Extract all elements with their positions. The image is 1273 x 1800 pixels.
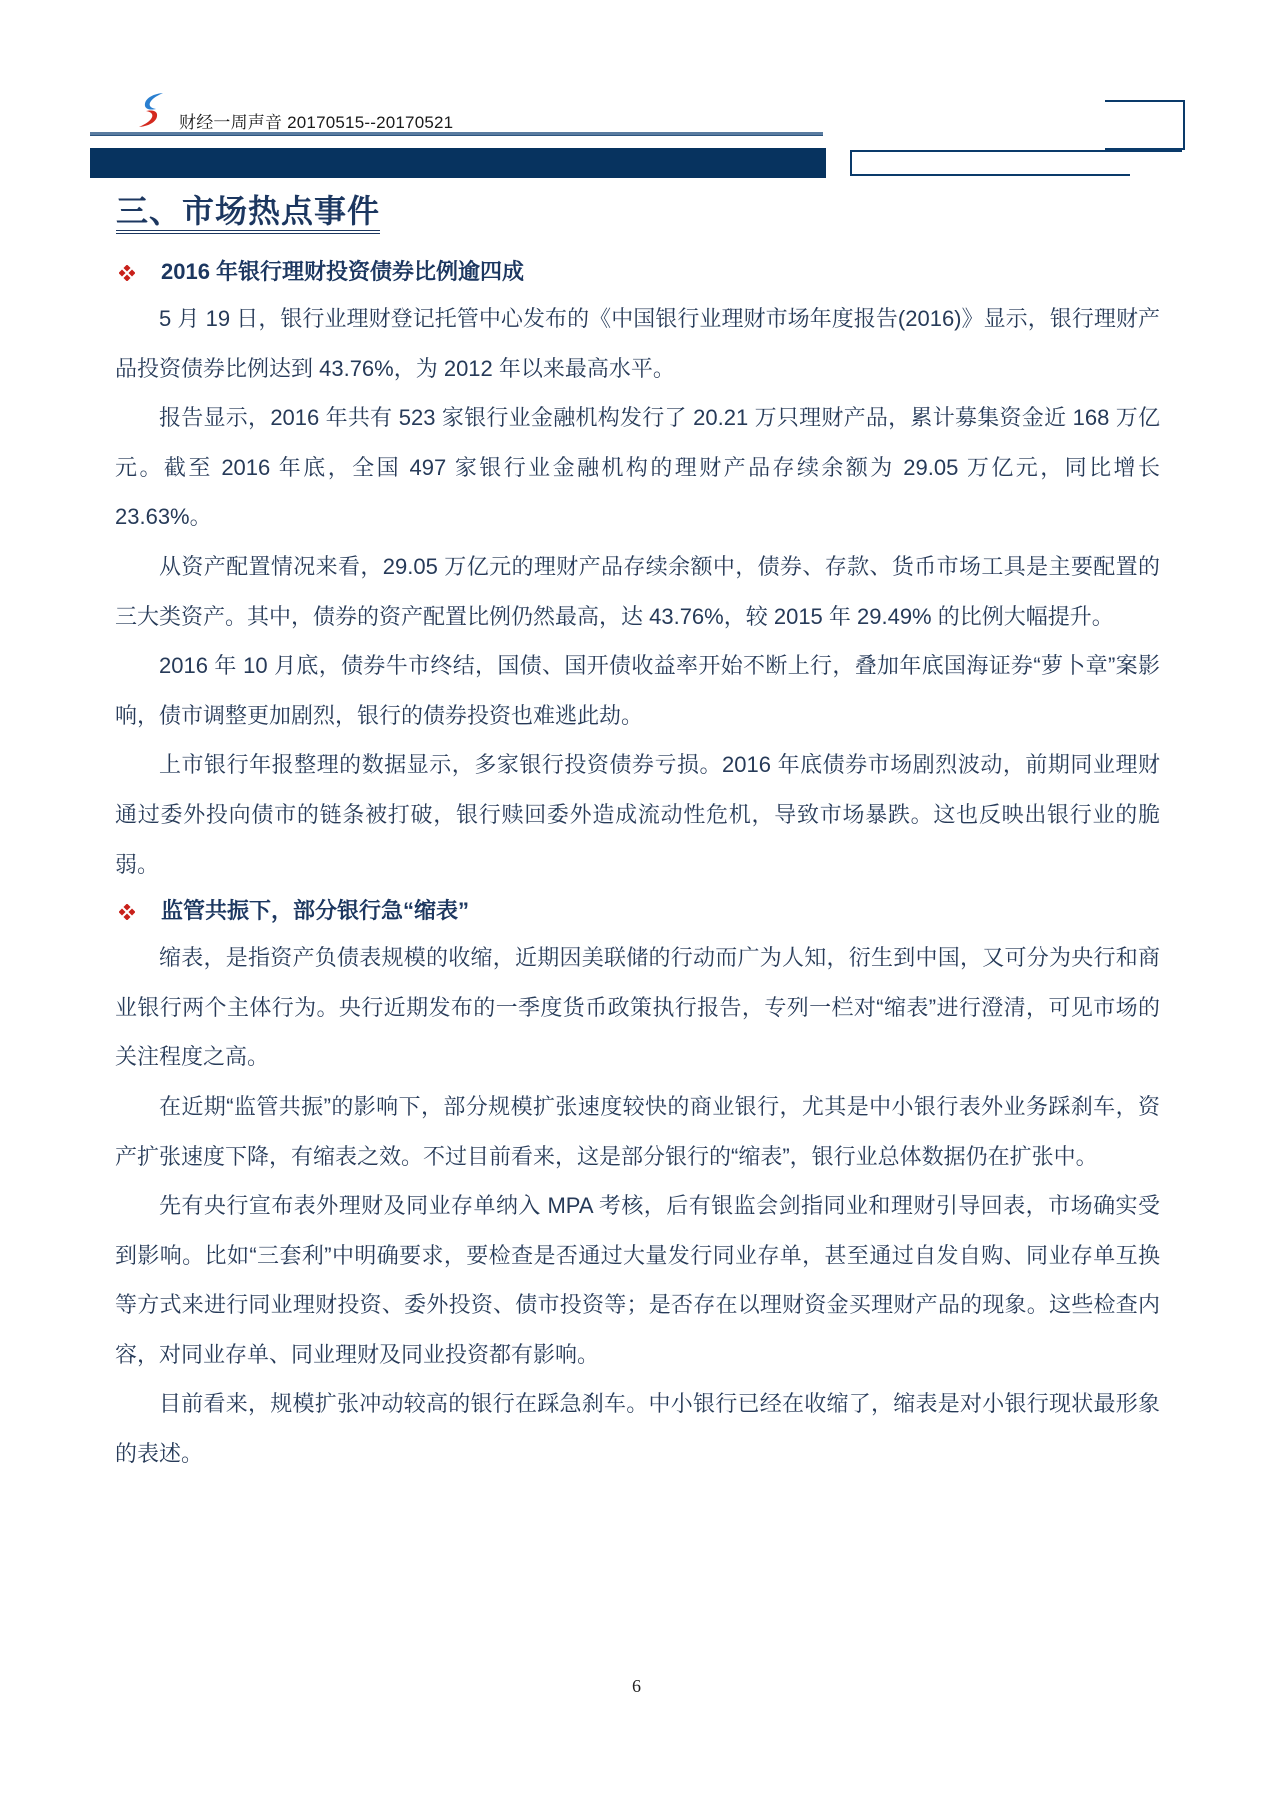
page-number: 6: [0, 1676, 1273, 1697]
paragraph: 2016 年 10 月底，债券牛市终结，国债、国开债收益率开始不断上行，叠加年底…: [115, 641, 1160, 740]
header-frame-decoration: [1105, 100, 1185, 150]
article-heading-2: 监管共振下，部分银行急“缩表”: [115, 889, 1160, 933]
paragraph: 从资产配置情况来看，29.05 万亿元的理财产品存续余额中，债券、存款、货币市场…: [115, 542, 1160, 641]
paragraph: 目前看来，规模扩张冲动较高的银行在踩急刹车。中小银行已经在收缩了，缩表是对小银行…: [115, 1379, 1160, 1478]
s-swirl-logo-icon: [136, 92, 166, 128]
header-frame-decoration-lower: [850, 150, 1182, 176]
paragraph: 5 月 19 日，银行业理财登记托管中心发布的《中国银行业理财市场年度报告(20…: [115, 294, 1160, 393]
header-title: 财经一周声音 20170515--20170521: [179, 108, 453, 133]
article-heading-1: 2016 年银行理财投资债券比例逾四成: [115, 250, 1160, 294]
paragraph: 在近期“监管共振”的影响下，部分规模扩张速度较快的商业银行，尤其是中小银行表外业…: [115, 1082, 1160, 1181]
article-heading-text: 2016 年银行理财投资债券比例逾四成: [161, 259, 524, 284]
paragraph: 上市银行年报整理的数据显示，多家银行投资债券亏损。2016 年底债券市场剧烈波动…: [115, 740, 1160, 889]
article-content: 2016 年银行理财投资债券比例逾四成 5 月 19 日，银行业理财登记托管中心…: [115, 250, 1160, 1479]
red-diamond-bullet-icon: [119, 265, 135, 281]
page-header: 财经一周声音 20170515--20170521: [0, 0, 1273, 190]
section-title: 三、市场热点事件: [116, 193, 380, 234]
article-heading-text: 监管共振下，部分银行急“缩表”: [161, 898, 469, 923]
section-title-text: 三、市场热点事件: [116, 193, 380, 234]
red-diamond-bullet-icon: [119, 904, 135, 920]
paragraph: 先有央行宣布表外理财及同业存单纳入 MPA 考核，后有银监会剑指同业和理财引导回…: [115, 1181, 1160, 1379]
header-bar: [90, 148, 826, 178]
paragraph: 报告显示，2016 年共有 523 家银行业金融机构发行了 20.21 万只理财…: [115, 393, 1160, 542]
header-frame-line: [850, 174, 1130, 176]
paragraph: 缩表，是指资产负债表规模的收缩，近期因美联储的行动而广为人知，衍生到中国，又可分…: [115, 933, 1160, 1082]
header-rule: [90, 132, 823, 136]
